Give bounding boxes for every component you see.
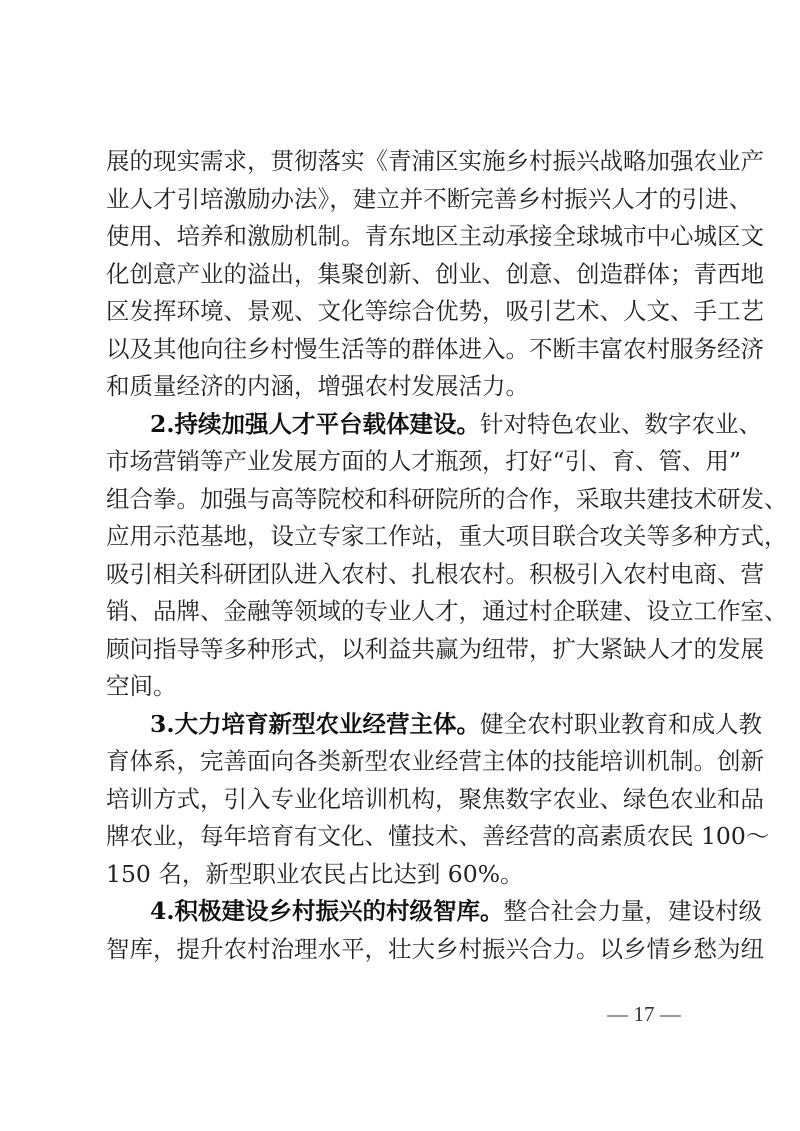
text-line: 空间。: [106, 668, 700, 706]
text-line: 和质量经济的内涵，增强农村发展活力。: [106, 368, 700, 406]
text-span: 整合社会力量，建设村级: [504, 897, 763, 925]
text-line: 育体系，完善面向各类新型农业经营主体的技能培训机制。创新: [106, 743, 700, 781]
text-line: 化创意产业的溢出，集聚创新、创业、创意、创造群体；青西地: [106, 256, 700, 294]
section-3-first-line: 3.大力培育新型农业经营主体。健全农村职业教育和成人教: [106, 706, 700, 744]
text-span: 健全农村职业教育和成人教: [480, 710, 762, 738]
document-page: 展的现实需求，贯彻落实《青浦区实施乡村振兴战略加强农业产 业人才引培激励办法》，…: [0, 0, 800, 1131]
section-heading-2: 2.持续加强人才平台载体建设。: [150, 410, 480, 438]
section-2-first-line: 2.持续加强人才平台载体建设。针对特色农业、数字农业、: [106, 406, 700, 444]
text-line: 智库，提升农村治理水平，壮大乡村振兴合力。以乡情乡愁为纽: [106, 931, 700, 969]
text-line: 销、品牌、金融等领域的专业人才，通过村企联建、设立工作室、: [106, 593, 700, 631]
section-heading-3: 3.大力培育新型农业经营主体。: [150, 710, 480, 738]
text-line: 吸引相关科研团队进入农村、扎根农村。积极引入农村电商、营: [106, 556, 700, 594]
text-line: 区发挥环境、景观、文化等综合优势，吸引艺术、人文、手工艺: [106, 293, 700, 331]
text-line: 150 名，新型职业农民占比达到 60%。: [106, 856, 700, 894]
text-line: 以及其他向往乡村慢生活等的群体进入。不断丰富农村服务经济: [106, 331, 700, 369]
body-text: 展的现实需求，贯彻落实《青浦区实施乡村振兴战略加强农业产 业人才引培激励办法》，…: [106, 143, 700, 968]
section-4-first-line: 4.积极建设乡村振兴的村级智库。整合社会力量，建设村级: [106, 893, 700, 931]
text-line: 顾问指导等多种形式，以利益共赢为纽带，扩大紧缺人才的发展: [106, 631, 700, 669]
text-line: 使用、培养和激励机制。青东地区主动承接全球城市中心城区文: [106, 218, 700, 256]
section-heading-4: 4.积极建设乡村振兴的村级智库。: [150, 897, 504, 925]
text-span: 针对特色农业、数字农业、: [480, 410, 762, 438]
page-number: — 17 —: [606, 1002, 682, 1027]
text-line: 市场营销等产业发展方面的人才瓶颈，打好“引、育、管、用”: [106, 443, 700, 481]
text-line: 展的现实需求，贯彻落实《青浦区实施乡村振兴战略加强农业产: [106, 143, 700, 181]
text-line: 应用示范基地，设立专家工作站，重大项目联合攻关等多种方式，: [106, 518, 700, 556]
text-line: 牌农业，每年培育有文化、懂技术、善经营的高素质农民 100～: [106, 818, 700, 856]
text-line: 培训方式，引入专业化培训机构，聚焦数字农业、绿色农业和品: [106, 781, 700, 819]
text-line: 业人才引培激励办法》，建立并不断完善乡村振兴人才的引进、: [106, 181, 700, 219]
text-line: 组合拳。加强与高等院校和科研院所的合作，采取共建技术研发、: [106, 481, 700, 519]
